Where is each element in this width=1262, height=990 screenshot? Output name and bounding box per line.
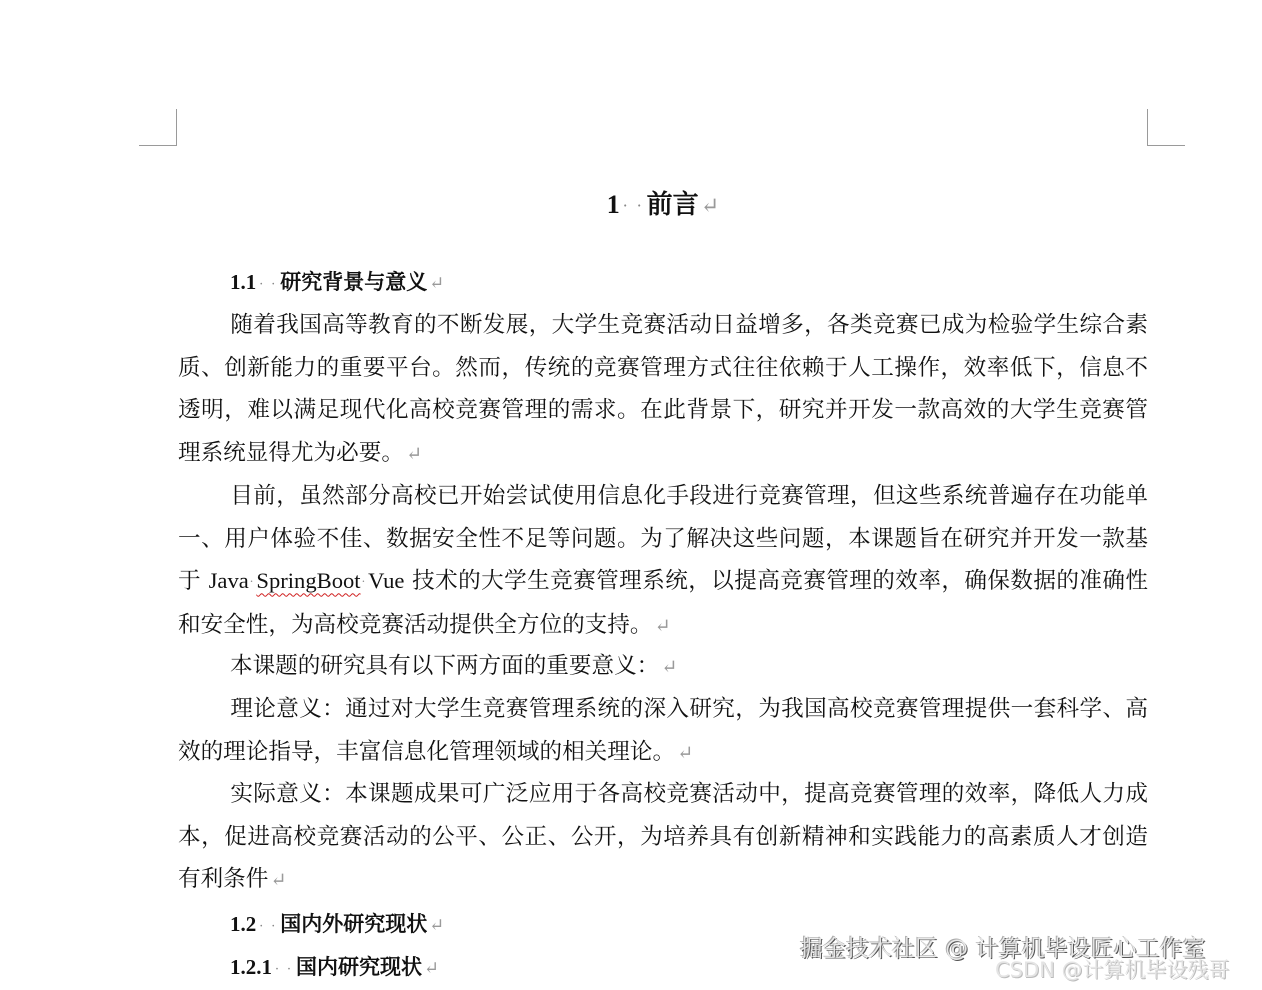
paragraph-theoretical-significance: 理论意义：通过对大学生竞赛管理系统的深入研究，为我国高校竞赛管理提供一套科学、高…: [178, 688, 1148, 774]
paragraph-mark-icon: ↵: [424, 958, 439, 979]
heading-number: 1: [607, 190, 620, 219]
heading-number: 1.2.1: [230, 955, 272, 979]
heading-number: 1.2: [230, 912, 256, 936]
heading-number: 1.1: [230, 270, 256, 294]
heading-chapter-1: 1· ·前言↵: [178, 186, 1148, 225]
tab-dots: · ·: [259, 276, 277, 291]
watermark-csdn: CSDN @计算机毕设残哥: [995, 954, 1230, 984]
paragraph-text: 实际意义：本课题成果可广泛应用于各高校竞赛活动中，提高竞赛管理的效率，降低人力成…: [178, 781, 1148, 892]
paragraph-text: 本课题的研究具有以下两方面的重要意义：: [230, 653, 659, 679]
tab-dots: · ·: [623, 197, 644, 215]
paragraph-background: 随着我国高等教育的不断发展，大学生竞赛活动日益增多，各类竞赛已成为检验学生综合素…: [178, 304, 1148, 476]
heading-title: 前言: [647, 190, 699, 220]
tab-dots: · ·: [259, 918, 277, 933]
tech-springboot-spellcheck[interactable]: SpringBoot: [256, 568, 360, 593]
heading-title: 国内研究现状: [296, 954, 422, 979]
heading-title: 国内外研究现状: [280, 911, 427, 936]
paragraph-practical-significance: 实际意义：本课题成果可广泛应用于各高校竞赛活动中，提高竞赛管理的效率，降低人力成…: [178, 773, 1148, 902]
heading-section-1-1: 1.1· ·研究背景与意义↵: [230, 266, 444, 300]
tech-java: Java: [209, 568, 249, 593]
paragraph-mark-icon: ↵: [701, 193, 720, 219]
heading-section-1-2-1: 1.2.1· ·国内研究现状↵: [230, 951, 439, 985]
paragraph-text: 理论意义：通过对大学生竞赛管理系统的深入研究，为我国高校竞赛管理提供一套科学、高…: [178, 696, 1148, 765]
paragraph-mark-icon: ↵: [661, 655, 677, 678]
paragraph-mark-icon: ↵: [677, 741, 693, 764]
heading-title: 研究背景与意义: [280, 269, 427, 294]
heading-section-1-2: 1.2· ·国内外研究现状↵: [230, 908, 444, 942]
paragraph-mark-icon: ↵: [406, 442, 422, 465]
paragraph-mark-icon: ↵: [429, 915, 444, 936]
paragraph-mark-icon: ↵: [654, 614, 670, 637]
paragraph-mark-icon: ↵: [270, 868, 286, 891]
paragraph-text: 随着我国高等教育的不断发展，大学生竞赛活动日益增多，各类竞赛已成为检验学生综合素…: [178, 312, 1148, 466]
page-corner-mark-top-left: [139, 109, 177, 146]
tech-vue: Vue: [368, 568, 404, 593]
paragraph-current-status: 目前，虽然部分高校已开始尝试使用信息化手段进行竞赛管理，但这些系统普遍存在功能单…: [178, 475, 1148, 647]
page-corner-mark-top-right: [1147, 109, 1185, 146]
tab-dots: · ·: [275, 961, 293, 976]
paragraph-significance-intro: 本课题的研究具有以下两方面的重要意义：↵: [178, 645, 1148, 689]
paragraph-mark-icon: ↵: [429, 273, 444, 294]
